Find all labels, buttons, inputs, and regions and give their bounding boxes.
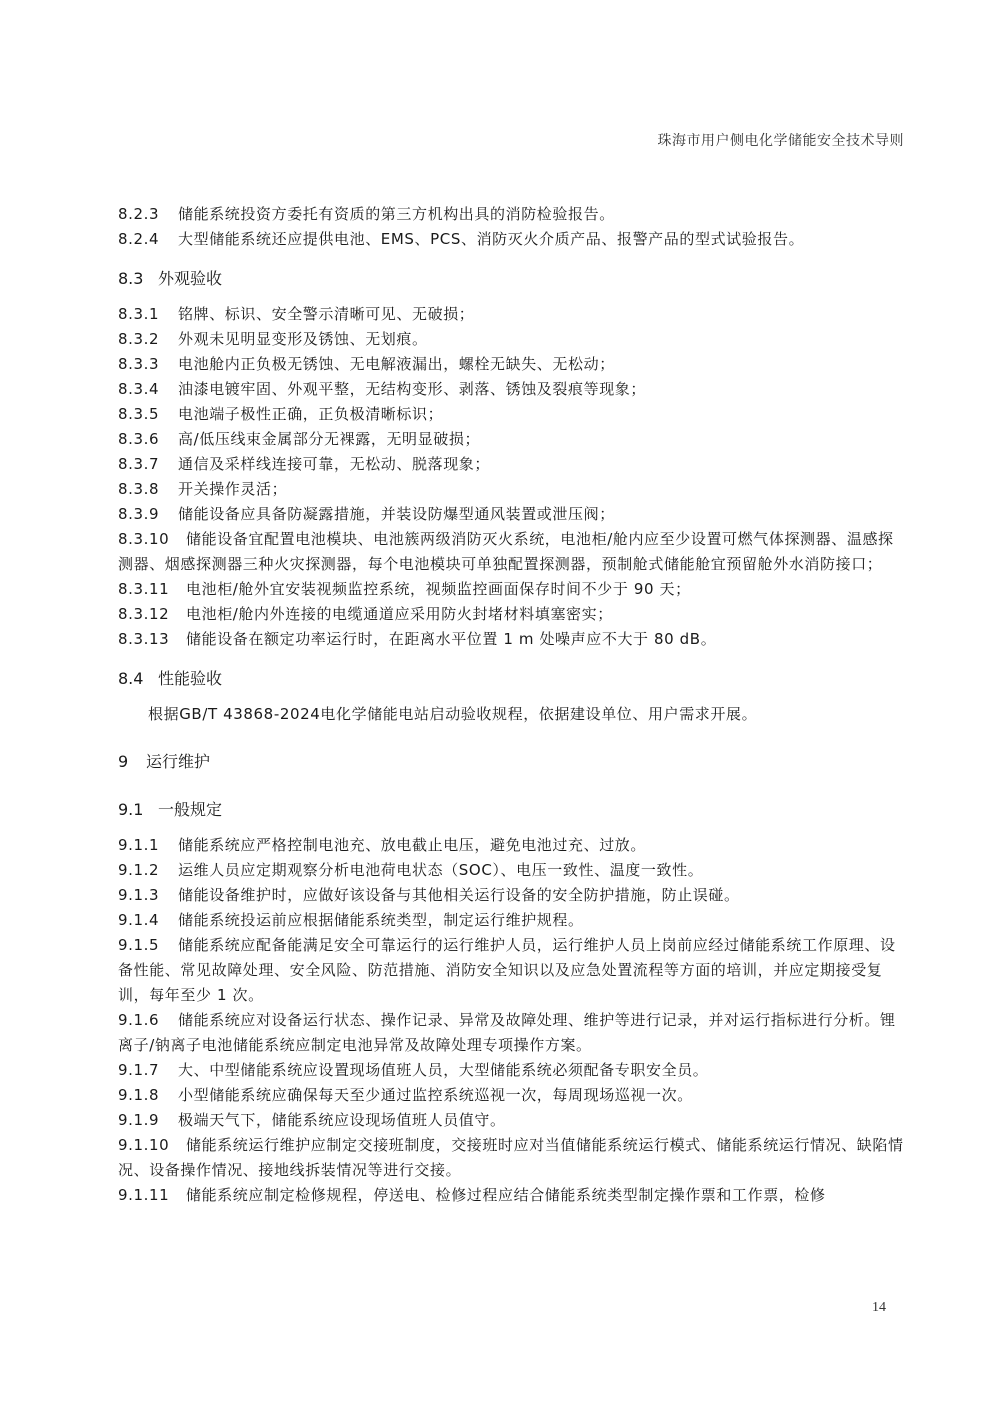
clause-9-1-4: 9.1.4储能系统投运前应根据储能系统类型，制定运行维护规程。 — [118, 908, 908, 933]
clause-text: 储能系统应制定检修规程，停送电、检修过程应结合储能系统类型制定操作票和工作票，检… — [186, 1186, 826, 1204]
clause-number: 8.3.1 — [118, 302, 178, 327]
section-title: 性能验收 — [158, 669, 222, 688]
clause-number: 9.1.2 — [118, 858, 178, 883]
clause-number: 9.1.11 — [118, 1183, 186, 1208]
clause-number: 9.1.1 — [118, 833, 178, 858]
section-heading-8-4: 8.4性能验收 — [118, 666, 908, 692]
clause-8-3-13: 8.3.13储能设备在额定功率运行时，在距离水平位置 1 m 处噪声应不大于 8… — [118, 627, 908, 652]
clause-text: 电池柜/舱外宜安装视频监控系统，视频监控画面保存时间不少于 90 天； — [186, 580, 691, 598]
clause-text: 储能系统运行维护应制定交接班制度，交接班时应对当值储能系统运行模式、储能系统运行… — [118, 1136, 904, 1179]
clause-text: 电池端子极性正确，正负极清晰标识； — [178, 405, 443, 423]
clause-text: 储能系统投运前应根据储能系统类型，制定运行维护规程。 — [178, 911, 584, 929]
section-number: 9.1 — [118, 797, 158, 823]
chapter-heading-9: 9运行维护 — [118, 749, 908, 775]
page-content: 8.2.3储能系统投资方委托有资质的第三方机构出具的消防检验报告。 8.2.4大… — [118, 202, 908, 1208]
clause-9-1-3: 9.1.3储能设备维护时，应做好该设备与其他相关运行设备的安全防护措施，防止误碰… — [118, 883, 908, 908]
section-number: 8.4 — [118, 666, 158, 692]
clause-number: 8.3.11 — [118, 577, 186, 602]
clause-8-3-5: 8.3.5电池端子极性正确，正负极清晰标识； — [118, 402, 908, 427]
clause-text: 储能系统应配备能满足安全可靠运行的运行维护人员，运行维护人员上岗前应经过储能系统… — [118, 936, 896, 1004]
clause-text: 大、中型储能系统应设置现场值班人员，大型储能系统必须配备专职安全员。 — [178, 1061, 708, 1079]
clause-number: 9.1.9 — [118, 1108, 178, 1133]
clause-text: 储能设备在额定功率运行时，在距离水平位置 1 m 处噪声应不大于 80 dB。 — [186, 630, 716, 648]
section-title: 一般规定 — [158, 800, 222, 819]
clause-8-3-11: 8.3.11电池柜/舱外宜安装视频监控系统，视频监控画面保存时间不少于 90 天… — [118, 577, 908, 602]
clause-9-1-9: 9.1.9极端天气下，储能系统应设现场值班人员值守。 — [118, 1108, 908, 1133]
clause-8-3-1: 8.3.1铭牌、标识、安全警示清晰可见、无破损； — [118, 302, 908, 327]
clause-8-3-3: 8.3.3电池舱内正负极无锈蚀、无电解液漏出，螺栓无缺失、无松动； — [118, 352, 908, 377]
clause-8-3-10: 8.3.10储能设备宜配置电池模块、电池簇两级消防灭火系统，电池柜/舱内应至少设… — [118, 527, 908, 577]
clause-9-1-5: 9.1.5储能系统应配备能满足安全可靠运行的运行维护人员，运行维护人员上岗前应经… — [118, 933, 908, 1008]
clause-8-3-12: 8.3.12电池柜/舱内外连接的电缆通道应采用防火封堵材料填塞密实； — [118, 602, 908, 627]
clause-number: 9.1.10 — [118, 1133, 186, 1158]
clause-8-3-2: 8.3.2外观未见明显变形及锈蚀、无划痕。 — [118, 327, 908, 352]
clause-9-1-7: 9.1.7大、中型储能系统应设置现场值班人员，大型储能系统必须配备专职安全员。 — [118, 1058, 908, 1083]
section-title: 外观验收 — [158, 269, 222, 288]
clause-8-3-9: 8.3.9储能设备应具备防凝露措施，并装设防爆型通风装置或泄压阀； — [118, 502, 908, 527]
chapter-title: 运行维护 — [146, 752, 210, 771]
clause-number: 8.3.13 — [118, 627, 186, 652]
clause-number: 9.1.8 — [118, 1083, 178, 1108]
section-heading-8-3: 8.3外观验收 — [118, 266, 908, 292]
section-heading-9-1: 9.1一般规定 — [118, 797, 908, 823]
clause-number: 8.3.7 — [118, 452, 178, 477]
clause-number: 8.3.6 — [118, 427, 178, 452]
clause-9-1-1: 9.1.1储能系统应严格控制电池充、放电截止电压，避免电池过充、过放。 — [118, 833, 908, 858]
clause-text: 外观未见明显变形及锈蚀、无划痕。 — [178, 330, 428, 348]
clause-text: 运维人员应定期观察分析电池荷电状态（SOC）、电压一致性、温度一致性。 — [178, 861, 703, 879]
clause-number: 8.2.3 — [118, 202, 178, 227]
clause-8-2-4: 8.2.4大型储能系统还应提供电池、EMS、PCS、消防灭火介质产品、报警产品的… — [118, 227, 908, 252]
clause-8-2-3: 8.2.3储能系统投资方委托有资质的第三方机构出具的消防检验报告。 — [118, 202, 908, 227]
chapter-number: 9 — [118, 749, 146, 775]
clause-9-1-11: 9.1.11储能系统应制定检修规程，停送电、检修过程应结合储能系统类型制定操作票… — [118, 1183, 908, 1208]
clause-number: 9.1.3 — [118, 883, 178, 908]
clause-text: 通信及采样线连接可靠，无松动、脱落现象； — [178, 455, 490, 473]
clause-text: 储能设备应具备防凝露措施，并装设防爆型通风装置或泄压阀； — [178, 505, 615, 523]
clause-text: 储能设备宜配置电池模块、电池簇两级消防灭火系统，电池柜/舱内应至少设置可燃气体探… — [118, 530, 894, 573]
clause-text: 油漆电镀牢固、外观平整，无结构变形、剥落、锈蚀及裂痕等现象； — [178, 380, 646, 398]
running-header: 珠海市用户侧电化学储能安全技术导则 — [658, 130, 905, 150]
section-number: 8.3 — [118, 266, 158, 292]
clause-number: 8.3.9 — [118, 502, 178, 527]
clause-9-1-2: 9.1.2运维人员应定期观察分析电池荷电状态（SOC）、电压一致性、温度一致性。 — [118, 858, 908, 883]
clause-number: 8.3.5 — [118, 402, 178, 427]
clause-text: 储能系统投资方委托有资质的第三方机构出具的消防检验报告。 — [178, 205, 615, 223]
clause-text: 高/低压线束金属部分无裸露，无明显破损； — [178, 430, 480, 448]
clause-text: 储能系统应对设备运行状态、操作记录、异常及故障处理、维护等进行记录，并对运行指标… — [118, 1011, 896, 1054]
paragraph-8-4: 根据GB/T 43868-2024电化学储能电站启动验收规程，依据建设单位、用户… — [118, 702, 908, 727]
clause-number: 8.3.12 — [118, 602, 186, 627]
clause-8-3-4: 8.3.4油漆电镀牢固、外观平整，无结构变形、剥落、锈蚀及裂痕等现象； — [118, 377, 908, 402]
clause-text: 电池舱内正负极无锈蚀、无电解液漏出，螺栓无缺失、无松动； — [178, 355, 615, 373]
clause-9-1-6: 9.1.6储能系统应对设备运行状态、操作记录、异常及故障处理、维护等进行记录，并… — [118, 1008, 908, 1058]
page-number: 14 — [872, 1300, 886, 1316]
clause-9-1-10: 9.1.10储能系统运行维护应制定交接班制度，交接班时应对当值储能系统运行模式、… — [118, 1133, 908, 1183]
clause-9-1-8: 9.1.8小型储能系统应确保每天至少通过监控系统巡视一次，每周现场巡视一次。 — [118, 1083, 908, 1108]
clause-8-3-6: 8.3.6高/低压线束金属部分无裸露，无明显破损； — [118, 427, 908, 452]
clause-8-3-8: 8.3.8开关操作灵活； — [118, 477, 908, 502]
clause-text: 储能设备维护时，应做好该设备与其他相关运行设备的安全防护措施，防止误碰。 — [178, 886, 740, 904]
clause-number: 9.1.5 — [118, 933, 178, 958]
clause-text: 电池柜/舱内外连接的电缆通道应采用防火封堵材料填塞密实； — [186, 605, 613, 623]
clause-8-3-7: 8.3.7通信及采样线连接可靠，无松动、脱落现象； — [118, 452, 908, 477]
clause-number: 8.3.10 — [118, 527, 186, 552]
clause-number: 9.1.6 — [118, 1008, 178, 1033]
clause-number: 9.1.7 — [118, 1058, 178, 1083]
clause-text: 大型储能系统还应提供电池、EMS、PCS、消防灭火介质产品、报警产品的型式试验报… — [178, 230, 804, 248]
clause-number: 8.2.4 — [118, 227, 178, 252]
clause-text: 储能系统应严格控制电池充、放电截止电压，避免电池过充、过放。 — [178, 836, 646, 854]
clause-text: 铭牌、标识、安全警示清晰可见、无破损； — [178, 305, 474, 323]
clause-text: 开关操作灵活； — [178, 480, 287, 498]
clause-number: 9.1.4 — [118, 908, 178, 933]
clause-text: 小型储能系统应确保每天至少通过监控系统巡视一次，每周现场巡视一次。 — [178, 1086, 693, 1104]
clause-number: 8.3.8 — [118, 477, 178, 502]
clause-number: 8.3.4 — [118, 377, 178, 402]
clause-number: 8.3.2 — [118, 327, 178, 352]
clause-number: 8.3.3 — [118, 352, 178, 377]
clause-text: 极端天气下，储能系统应设现场值班人员值守。 — [178, 1111, 506, 1129]
